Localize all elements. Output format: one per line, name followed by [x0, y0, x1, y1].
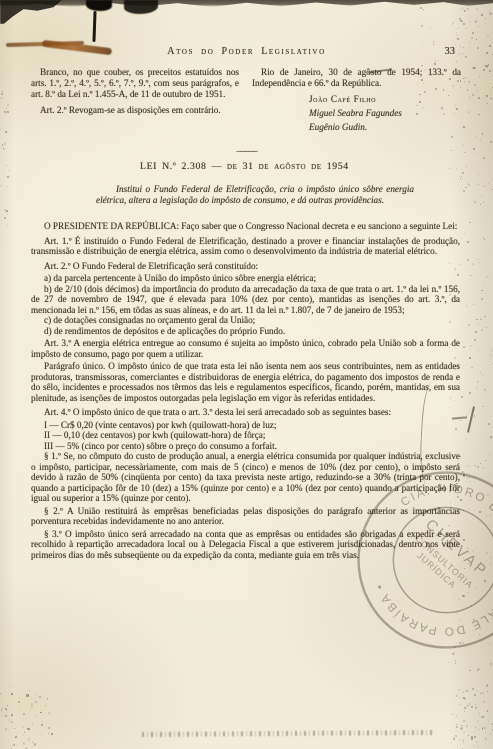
law-paragraph: Art. 1.º É instituído o Fundo Federal de… — [31, 236, 460, 257]
law-paragraph: Branco, no que couber, os preceitos esta… — [31, 67, 239, 100]
scanned-law-page: Atos do Poder Legislativo 33 Branco, no … — [0, 0, 493, 749]
right-column: Rio de Janeiro, 30 de agôsto de 1954; 13… — [252, 67, 461, 133]
law-paragraph: II — 0,10 (dez centavos) por kwh (quilow… — [31, 430, 460, 441]
law-paragraph: Art. 2.º Revogam-se as disposições em co… — [31, 105, 239, 116]
signature-minister: Eugênio Gudin. — [309, 122, 439, 133]
law-paragraph: Art. 4.º O impôsto único de que trata o … — [31, 407, 460, 418]
scan-ink-blob — [86, 0, 112, 11]
law-paragraph: O PRESIDENTE DA REPÚBLICA: Faço saber qu… — [31, 221, 460, 232]
law-paragraph: d) de rendimentos de depósitos e de apli… — [31, 326, 460, 337]
left-column: Branco, no que couber, os preceitos esta… — [31, 67, 239, 133]
bleed-through-text-smudge — [142, 730, 434, 737]
previous-law-section: Branco, no que couber, os preceitos esta… — [31, 67, 461, 133]
page-header: Atos do Poder Legislativo 33 — [0, 46, 493, 57]
law-title: LEI N.º 2.308 — de 31 de agôsto de 1954 — [140, 161, 349, 172]
law-paragraph: Art. 3.º A energia elétrica entregue ao … — [31, 338, 460, 359]
section-separator: ‒‒‒‒‒ — [0, 146, 493, 157]
dateline: Rio de Janeiro, 30 de agôsto de 1954; 13… — [252, 67, 461, 89]
pen-slash-mark — [467, 406, 475, 433]
law-paragraph: Art. 2.º O Fundo Federal de Eletrificaçã… — [31, 261, 460, 272]
scan-ink-blob — [124, 0, 158, 14]
law-paragraph: III — 5% (cinco por cento) sôbre o preço… — [31, 441, 460, 452]
law-paragraph: c) de dotações consignadas no orçamento … — [31, 315, 460, 326]
signature-president: João Café Filho — [309, 94, 461, 105]
signature-block: João Café Filho Miguel Seabra Fagundes E… — [309, 94, 461, 133]
pen-mark — [92, 11, 96, 42]
running-title: Atos do Poder Legislativo — [0, 46, 493, 57]
law-paragraph: Parágrafo único. O impôsto único de que … — [31, 361, 460, 403]
law-ementa: Institui o Fundo Federal de Eletrificaçã… — [96, 184, 414, 207]
scan-dark-corner — [0, 0, 62, 24]
law-paragraph: I — Cr$ 0,20 (vinte centavos) por kwh (q… — [31, 420, 460, 431]
law-paragraph: a) da parcela pertencente à União do imp… — [31, 273, 460, 284]
scan-torn-top-edge — [0, 0, 493, 7]
law-paragraph: b) de 2/10 (dois décimos) da importância… — [31, 284, 460, 316]
page-number: 33 — [445, 46, 456, 57]
signature-minister: Miguel Seabra Fagundes — [309, 108, 439, 119]
